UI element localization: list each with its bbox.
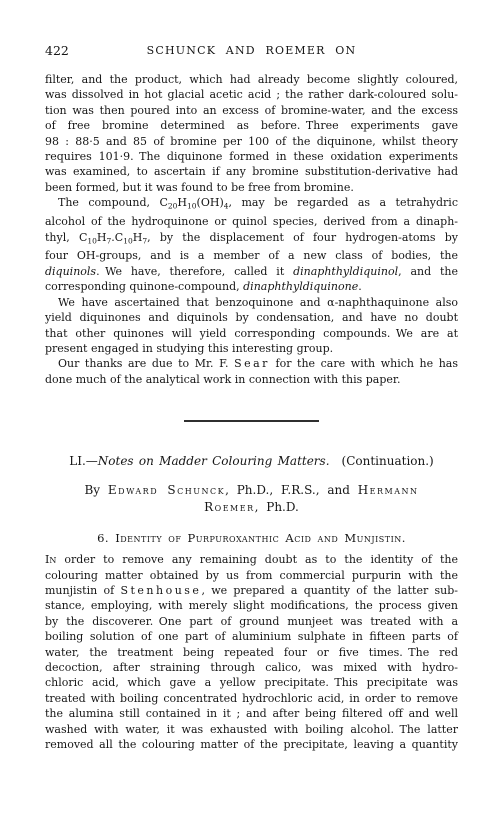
text-segment: (OH) — [197, 196, 224, 209]
text-segment: . — [358, 280, 362, 293]
page-header: 422 SCHUNCK AND ROEMER ON — [45, 44, 458, 59]
text-line: alcohol of the hydroquinone or quinol sp… — [45, 214, 458, 229]
person-name: Sear — [234, 357, 270, 370]
text-segment: alcohol of the hydroquinone or quinol sp… — [45, 215, 458, 228]
author-name: Roemer — [204, 500, 255, 514]
text-line: 6. Identity of Purpuroxanthic Acid and M… — [45, 531, 458, 546]
article-title: LI.—Notes on Madder Colouring Matters. (… — [45, 453, 458, 469]
journal-page: 422 SCHUNCK AND ROEMER ON filter, and th… — [0, 0, 500, 825]
text-segment: 6. — [97, 531, 115, 545]
text-line: munjistin of Stenhouse, we prepared a qu… — [45, 583, 458, 598]
text-segment: thyl, C — [45, 231, 87, 244]
text-segment: for the care with which he has — [270, 357, 458, 370]
text-segment: four OH-groups, and is a member of a new… — [45, 249, 458, 262]
text-segment: 98 : 88·5 and 85 of bromine per 100 of t… — [45, 135, 458, 148]
text-line: done much of the analytical work in conn… — [45, 372, 458, 387]
paragraph: We have ascertained that benzoquinone an… — [45, 295, 458, 357]
section-divider — [184, 420, 319, 422]
text-line: washed with water, it was exhausted with… — [45, 722, 458, 737]
article-byline: By Edward Schunck, Ph.D., F.R.S., and He… — [45, 482, 458, 516]
text-line: Our thanks are due to Mr. F. Sear for th… — [45, 356, 458, 371]
text-segment: chloric acid, which gave a yellow precip… — [45, 676, 458, 689]
text-line: diquinols. We have, therefore, called it… — [45, 264, 458, 279]
text-line: corresponding quinone-compound, dinaphth… — [45, 279, 458, 294]
compound-name: diquinols — [45, 265, 96, 278]
text-segment: H — [97, 231, 107, 244]
text-line: by the discoverer. One part of ground mu… — [45, 614, 458, 629]
text-segment: By — [84, 483, 107, 497]
running-head: SCHUNCK AND ROEMER ON — [45, 44, 458, 58]
text-line: yield diquinones and diquinols by conden… — [45, 310, 458, 325]
text-segment: present engaged in studying this interes… — [45, 342, 333, 355]
text-segment: treated with boiling concentrated hydroc… — [45, 692, 458, 705]
text-segment: , by the displacement of four hydrogen-a… — [147, 231, 458, 244]
text-segment: water, the treatment being repeated four… — [45, 646, 458, 659]
article-number: LI.— — [69, 454, 98, 468]
text-line: removed all the colouring matter of the … — [45, 737, 458, 752]
text-line: In order to remove any remaining doubt a… — [45, 552, 458, 567]
page-number: 422 — [45, 44, 69, 58]
text-segment: corresponding quinone-compound, — [45, 280, 243, 293]
text-segment: order to remove any remaining doubt as t… — [56, 553, 458, 566]
text-segment: colouring matter obtained by us from com… — [45, 569, 458, 582]
text-segment: filter, and the product, which had alrea… — [45, 73, 458, 86]
text-line: of free bromine determined as before. Th… — [45, 118, 458, 133]
text-line: LI.—Notes on Madder Colouring Matters. (… — [45, 453, 458, 469]
text-segment: , and the — [398, 265, 458, 278]
text-segment: In — [45, 553, 56, 566]
text-line: the alumina still contained in it ; and … — [45, 706, 458, 721]
text-line: colouring matter obtained by us from com… — [45, 568, 458, 583]
text-line: requires 101·9. The diquinone formed in … — [45, 149, 458, 164]
text-line: boiling solution of one part of aluminiu… — [45, 629, 458, 644]
text-line: By Edward Schunck, Ph.D., F.R.S., and He… — [45, 482, 458, 499]
text-line: four OH-groups, and is a member of a new… — [45, 248, 458, 263]
text-segment: washed with water, it was exhausted with… — [45, 723, 458, 736]
text-segment: of free bromine determined as before. Th… — [45, 119, 458, 132]
text-line: was examined, to ascertain if any bromin… — [45, 164, 458, 179]
text-segment: that other quinones will yield correspon… — [45, 327, 458, 340]
text-segment: yield diquinones and diquinols by conden… — [45, 311, 458, 324]
text-line: chloric acid, which gave a yellow precip… — [45, 675, 458, 690]
article-continuation: filter, and the product, which had alrea… — [45, 72, 458, 387]
text-segment: boiling solution of one part of aluminiu… — [45, 630, 458, 643]
text-segment: removed all the colouring matter of the … — [45, 738, 458, 751]
text-segment: , may be regarded as a tetrahydric — [229, 196, 458, 209]
text-line: filter, and the product, which had alrea… — [45, 72, 458, 87]
text-segment: decoction, after straining through calic… — [45, 661, 458, 674]
section-heading-text: Identity of Purpuroxanthic Acid and Munj… — [115, 531, 406, 545]
text-segment: was dissolved in hot glacial acetic acid… — [45, 88, 458, 101]
text-segment: .C — [111, 231, 123, 244]
text-segment: H — [177, 196, 187, 209]
text-segment: Our thanks are due to Mr. F. — [58, 357, 234, 370]
text-segment: munjistin of — [45, 584, 120, 597]
paragraph: Our thanks are due to Mr. F. Sear for th… — [45, 356, 458, 387]
text-segment: by the discoverer. One part of ground mu… — [45, 615, 458, 628]
author-name: Edward Schunck — [108, 483, 225, 497]
author-name: Hermann — [358, 483, 419, 497]
chemical-formula-subscript: 10 — [187, 202, 197, 211]
text-segment: . We have, therefore, called it — [96, 265, 293, 278]
text-segment: the alumina still contained in it ; and … — [45, 707, 458, 720]
compound-name: dinaphthyldiquinol — [293, 265, 398, 278]
compound-name: dinaphthyldiquinone — [243, 280, 358, 293]
chemical-formula-subscript: 20 — [168, 202, 178, 211]
text-segment: , Ph.D., F.R.S., and — [225, 483, 358, 497]
text-line: The compound, C20H10(OH)4, may be regard… — [45, 195, 458, 214]
text-segment: done much of the analytical work in conn… — [45, 373, 400, 386]
chemical-formula-subscript: 10 — [87, 236, 97, 245]
section-body: In order to remove any remaining doubt a… — [45, 552, 458, 752]
text-segment: H — [133, 231, 143, 244]
text-segment: We have ascertained that benzoquinone an… — [58, 296, 458, 309]
text-line: water, the treatment being repeated four… — [45, 645, 458, 660]
chemical-formula-subscript: 10 — [123, 236, 133, 245]
text-line: 98 : 88·5 and 85 of bromine per 100 of t… — [45, 134, 458, 149]
text-line: We have ascertained that benzoquinone an… — [45, 295, 458, 310]
text-segment: was examined, to ascertain if any bromin… — [45, 165, 458, 178]
text-segment: stance, employing, with merely slight mo… — [45, 599, 458, 612]
article-title-continuation: (Continuation.) — [330, 454, 434, 468]
text-segment: tion was then poured into an excess of b… — [45, 104, 458, 117]
article-title-text: Notes on Madder Colouring Matters. — [98, 454, 330, 468]
text-segment: requires 101·9. The diquinone formed in … — [45, 150, 458, 163]
text-line: been formed, but it was found to be free… — [45, 180, 458, 195]
paragraph: The compound, C20H10(OH)4, may be regard… — [45, 195, 458, 294]
text-segment: been formed, but it was found to be free… — [45, 181, 354, 194]
text-line: decoction, after straining through calic… — [45, 660, 458, 675]
person-name: Stenhouse — [120, 584, 201, 597]
text-line: tion was then poured into an excess of b… — [45, 103, 458, 118]
text-segment: , we prepared a quantity of the latter s… — [201, 584, 458, 597]
text-line: that other quinones will yield correspon… — [45, 326, 458, 341]
text-line: stance, employing, with merely slight mo… — [45, 598, 458, 613]
text-line: Roemer, Ph.D. — [45, 499, 458, 516]
text-line: thyl, C10H7.C10H7, by the displacement o… — [45, 230, 458, 249]
text-line: present engaged in studying this interes… — [45, 341, 458, 356]
text-segment: The compound, C — [58, 196, 168, 209]
paragraph: filter, and the product, which had alrea… — [45, 72, 458, 195]
section-heading: 6. Identity of Purpuroxanthic Acid and M… — [45, 531, 458, 546]
text-line: treated with boiling concentrated hydroc… — [45, 691, 458, 706]
text-segment: , Ph.D. — [255, 500, 299, 514]
text-line: was dissolved in hot glacial acetic acid… — [45, 87, 458, 102]
